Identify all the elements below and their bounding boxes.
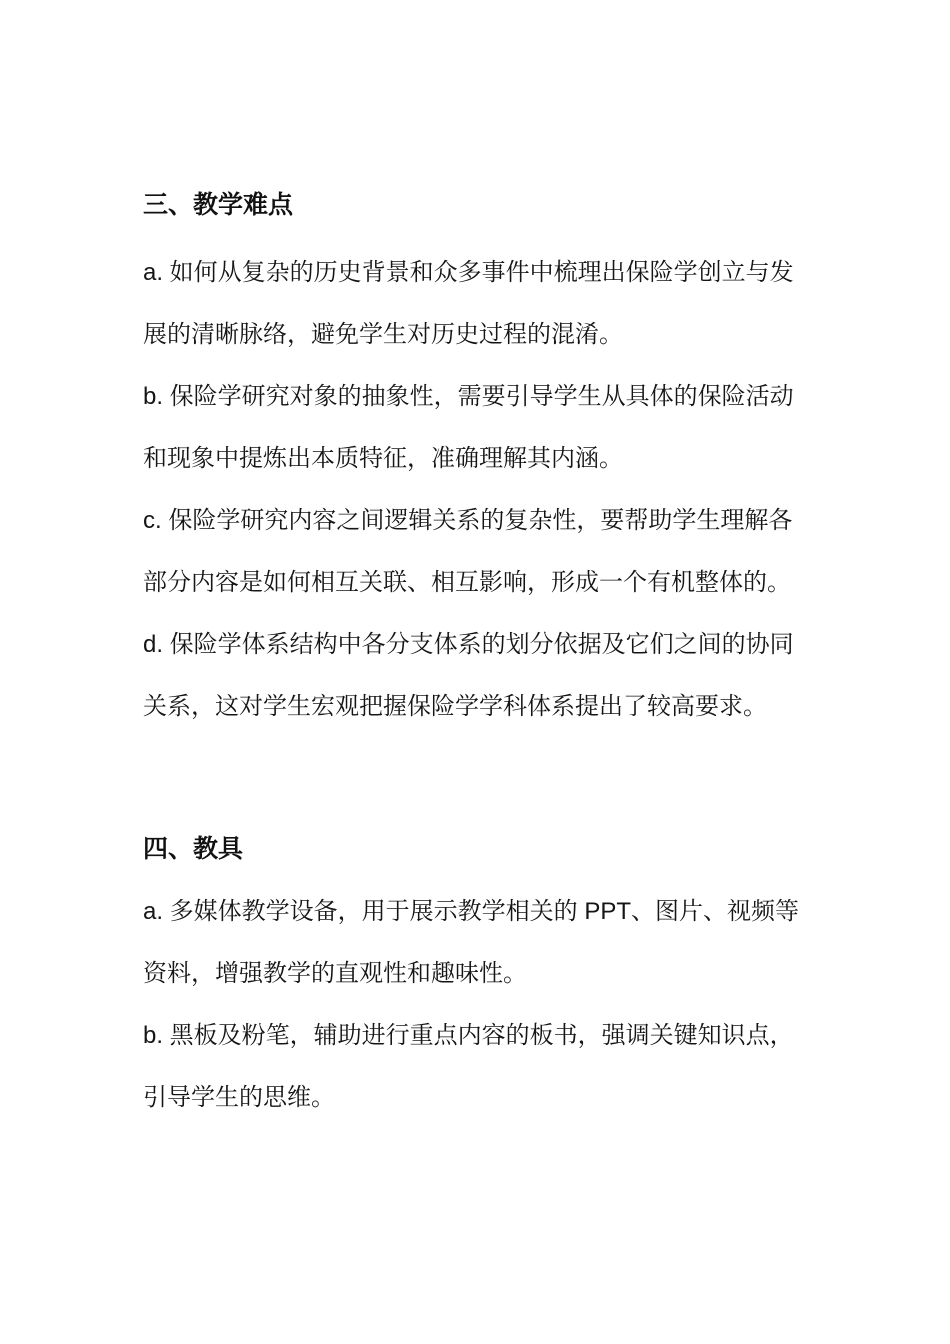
paragraph-aid-a: a. 多媒体教学设备，用于展示教学相关的 PPT、图片、视频等资料，增强教学的直…: [143, 881, 807, 1005]
paragraph-difficulty-c: c. 保险学研究内容之间逻辑关系的复杂性，要帮助学生理解各部分内容是如何相互关联…: [143, 490, 807, 614]
paragraph-difficulty-a: a. 如何从复杂的历史背景和众多事件中梳理出保险学创立与发展的清晰脉络，避免学生…: [143, 242, 807, 366]
section-teaching-aids: 四、教具 a. 多媒体教学设备，用于展示教学相关的 PPT、图片、视频等资料，增…: [143, 836, 807, 1129]
section-heading-teaching-aids: 四、教具: [143, 836, 807, 862]
section-heading-teaching-difficulties: 三、教学难点: [143, 192, 807, 218]
document-page: 三、教学难点 a. 如何从复杂的历史背景和众多事件中梳理出保险学创立与发展的清晰…: [0, 0, 950, 1344]
document-content: 三、教学难点 a. 如何从复杂的历史背景和众多事件中梳理出保险学创立与发展的清晰…: [143, 0, 807, 1129]
section-teaching-difficulties: 三、教学难点 a. 如何从复杂的历史背景和众多事件中梳理出保险学创立与发展的清晰…: [143, 192, 807, 738]
paragraph-aid-b: b. 黑板及粉笔，辅助进行重点内容的板书，强调关键知识点，引导学生的思维。: [143, 1005, 807, 1129]
paragraph-difficulty-d: d. 保险学体系结构中各分支体系的划分依据及它们之间的协同关系，这对学生宏观把握…: [143, 614, 807, 738]
paragraph-difficulty-b: b. 保险学研究对象的抽象性，需要引导学生从具体的保险活动和现象中提炼出本质特征…: [143, 366, 807, 490]
